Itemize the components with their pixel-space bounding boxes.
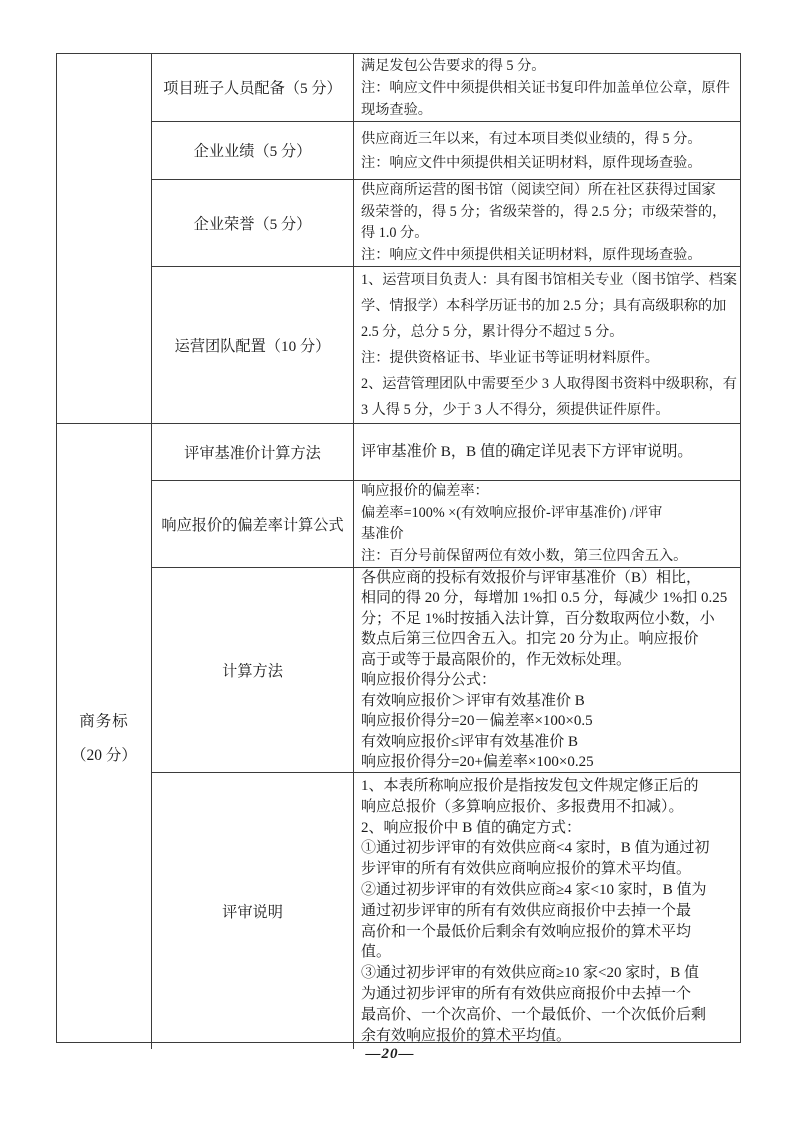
evaluation-criteria-table: 项目班子人员配备（5 分） 满足发包公告要求的得 5 分。 注：响应文件中须提供… bbox=[56, 53, 741, 1043]
table-group-upper: 项目班子人员配备（5 分） 满足发包公告要求的得 5 分。 注：响应文件中须提供… bbox=[57, 54, 740, 424]
description-line: 为通过初步评审的所有有效供应商报价中去掉一个 bbox=[361, 984, 735, 1005]
criterion-cell: 评审说明 bbox=[152, 773, 354, 1049]
description-line: 注：响应文件中须提供相关证明材料，原件现场查验。 bbox=[361, 245, 735, 267]
description-line: ①通过初步评审的有效供应商<4 家时，B 值为通过初 bbox=[361, 838, 735, 859]
description-line: 值。 bbox=[361, 942, 735, 963]
description-line: 供应商所运营的图书馆（阅读空间）所在社区获得过国家 bbox=[361, 180, 735, 202]
description-line: 2、响应报价中 B 值的确定方式： bbox=[361, 818, 735, 839]
upper-rows: 项目班子人员配备（5 分） 满足发包公告要求的得 5 分。 注：响应文件中须提供… bbox=[152, 54, 740, 423]
description-line: 高价和一个最低价后剩余有效响应报价的算术平均 bbox=[361, 922, 735, 943]
lower-rows: 评审基准价计算方法 评审基准价 B，B 值的确定详见表下方评审说明。 响应报价的… bbox=[152, 424, 740, 1049]
description-line: 级荣誉的，得 5 分；省级荣誉的，得 2.5 分；市级荣誉的， bbox=[361, 202, 735, 224]
description-line: 1、本表所称响应报价是指按发包文件规定修正后的 bbox=[361, 776, 735, 797]
table-row: 评审基准价计算方法 评审基准价 B，B 值的确定详见表下方评审说明。 bbox=[152, 424, 740, 481]
criterion-label: 评审基准价计算方法 bbox=[184, 442, 321, 463]
description-line: 2.5 分，总分 5 分，累计得分不超过 5 分。 bbox=[361, 319, 735, 345]
description-line: ③通过初步评审的有效供应商≥10 家<20 家时，B 值 bbox=[361, 963, 735, 984]
description-line: 3 人得 5 分，少于 3 人不得分，须提供证件原件。 bbox=[361, 397, 735, 423]
description-line: 2、运营管理团队中需要至少 3 人取得图书资料中级职称，有 bbox=[361, 371, 735, 397]
description-line: 相同的得 20 分，每增加 1%扣 0.5 分，每减少 1%扣 0.25 bbox=[361, 588, 735, 609]
criterion-label: 项目班子人员配备（5 分） bbox=[163, 77, 341, 98]
description-line: 最高价、一个次高价、一个最低价、一个次低价后剩 bbox=[361, 1005, 735, 1026]
category-score: （20 分） bbox=[71, 743, 137, 765]
criterion-label: 企业业绩（5 分） bbox=[194, 140, 312, 161]
description-line: 满足发包公告要求的得 5 分。 bbox=[361, 55, 735, 77]
category-cell-business-bid: 商务标 （20 分） bbox=[57, 424, 152, 1049]
table-row: 项目班子人员配备（5 分） 满足发包公告要求的得 5 分。 注：响应文件中须提供… bbox=[152, 54, 740, 122]
description-line: 学、情报学）本科学历证书的加 2.5 分；具有高级职称的加 bbox=[361, 293, 735, 319]
description-line: 步评审的所有有效供应商响应报价的算术平均值。 bbox=[361, 859, 735, 880]
description-line: 基准价 bbox=[361, 524, 735, 546]
description-line: 通过初步评审的所有有效供应商报价中去掉一个最 bbox=[361, 901, 735, 922]
description-cell: 供应商近三年以来，有过本项目类似业绩的，得 5 分。 注：响应文件中须提供相关证… bbox=[354, 122, 740, 179]
table-row: 企业业绩（5 分） 供应商近三年以来，有过本项目类似业绩的，得 5 分。 注：响… bbox=[152, 122, 740, 180]
description-line: 注：响应文件中须提供相关证书复印件加盖单位公章，原件 bbox=[361, 77, 735, 99]
table-row: 企业荣誉（5 分） 供应商所运营的图书馆（阅读空间）所在社区获得过国家 级荣誉的… bbox=[152, 180, 740, 267]
description-line: 高于或等于最高限价的，作无效标处理。 bbox=[361, 650, 735, 671]
table-row: 响应报价的偏差率计算公式 响应报价的偏差率： 偏差率=100% ×(有效响应报价… bbox=[152, 481, 740, 568]
description-line: 响应报价的偏差率： bbox=[361, 481, 735, 503]
document-page: 项目班子人员配备（5 分） 满足发包公告要求的得 5 分。 注：响应文件中须提供… bbox=[0, 0, 794, 1122]
criterion-label: 响应报价的偏差率计算公式 bbox=[161, 514, 343, 535]
description-cell: 各供应商的投标有效报价与评审基准价（B）相比， 相同的得 20 分，每增加 1%… bbox=[354, 568, 740, 772]
description-line: 响应总报价（多算响应报价、多报费用不扣减）。 bbox=[361, 797, 735, 818]
page-number: —20— bbox=[0, 1046, 780, 1063]
criterion-cell: 运营团队配置（10 分） bbox=[152, 267, 354, 423]
criterion-cell: 响应报价的偏差率计算公式 bbox=[152, 481, 354, 567]
criterion-cell: 评审基准价计算方法 bbox=[152, 424, 354, 480]
description-line: 现场查验。 bbox=[361, 99, 735, 121]
description-cell: 1、运营项目负责人：具有图书馆相关专业（图书馆学、档案 学、情报学）本科学历证书… bbox=[354, 267, 740, 423]
description-line: 注：响应文件中须提供相关证明材料，原件现场查验。 bbox=[361, 151, 735, 175]
description-line: 注：提供资格证书、毕业证书等证明材料原件。 bbox=[361, 345, 735, 371]
description-line: 供应商近三年以来，有过本项目类似业绩的，得 5 分。 bbox=[361, 127, 735, 151]
criterion-cell: 计算方法 bbox=[152, 568, 354, 772]
description-cell: 满足发包公告要求的得 5 分。 注：响应文件中须提供相关证书复印件加盖单位公章，… bbox=[354, 54, 740, 121]
category-label: 商务标 bbox=[79, 709, 129, 731]
criterion-label: 计算方法 bbox=[222, 660, 283, 681]
criterion-cell: 企业荣誉（5 分） bbox=[152, 180, 354, 266]
description-cell: 响应报价的偏差率： 偏差率=100% ×(有效响应报价-评审基准价) /评审 基… bbox=[354, 481, 740, 567]
category-cell-upper-empty bbox=[57, 54, 152, 423]
description-line: 响应报价得分=20－偏差率×100×0.5 bbox=[361, 711, 735, 732]
criterion-label: 运营团队配置（10 分） bbox=[175, 335, 331, 356]
description-line: 有效响应报价＞评审有效基准价 B bbox=[361, 691, 735, 712]
description-line: 评审基准价 B，B 值的确定详见表下方评审说明。 bbox=[361, 441, 735, 463]
description-line: 偏差率=100% ×(有效响应报价-评审基准价) /评审 bbox=[361, 503, 735, 525]
description-line: 注：百分号前保留两位有效小数，第三位四舍五入。 bbox=[361, 546, 735, 568]
description-line: 响应报价得分公式： bbox=[361, 670, 735, 691]
description-line: 余有效响应报价的算术平均值。 bbox=[361, 1026, 735, 1047]
description-line: 响应报价得分=20+偏差率×100×0.25 bbox=[361, 752, 735, 773]
description-line: 分；不足 1%时按插入法计算，百分数取两位小数，小 bbox=[361, 609, 735, 630]
description-cell: 供应商所运营的图书馆（阅读空间）所在社区获得过国家 级荣誉的，得 5 分；省级荣… bbox=[354, 180, 740, 266]
description-line: 各供应商的投标有效报价与评审基准价（B）相比， bbox=[361, 568, 735, 589]
criterion-cell: 项目班子人员配备（5 分） bbox=[152, 54, 354, 121]
description-line: 得 1.0 分。 bbox=[361, 223, 735, 245]
description-line: 数点后第三位四舍五入。扣完 20 分为止。响应报价 bbox=[361, 629, 735, 650]
criterion-label: 评审说明 bbox=[222, 901, 283, 922]
description-cell: 评审基准价 B，B 值的确定详见表下方评审说明。 bbox=[354, 424, 740, 480]
description-line: 有效响应报价≤评审有效基准价 B bbox=[361, 732, 735, 753]
table-row: 运营团队配置（10 分） 1、运营项目负责人：具有图书馆相关专业（图书馆学、档案… bbox=[152, 267, 740, 423]
table-row: 评审说明 1、本表所称响应报价是指按发包文件规定修正后的 响应总报价（多算响应报… bbox=[152, 773, 740, 1049]
description-line: 1、运营项目负责人：具有图书馆相关专业（图书馆学、档案 bbox=[361, 267, 735, 293]
table-row: 计算方法 各供应商的投标有效报价与评审基准价（B）相比， 相同的得 20 分，每… bbox=[152, 568, 740, 773]
description-line: ②通过初步评审的有效供应商≥4 家<10 家时，B 值为 bbox=[361, 880, 735, 901]
criterion-cell: 企业业绩（5 分） bbox=[152, 122, 354, 179]
table-group-business-bid: 商务标 （20 分） 评审基准价计算方法 评审基准价 B，B 值的确定详见表下方… bbox=[57, 424, 740, 1049]
description-cell: 1、本表所称响应报价是指按发包文件规定修正后的 响应总报价（多算响应报价、多报费… bbox=[354, 773, 740, 1049]
criterion-label: 企业荣誉（5 分） bbox=[194, 213, 312, 234]
